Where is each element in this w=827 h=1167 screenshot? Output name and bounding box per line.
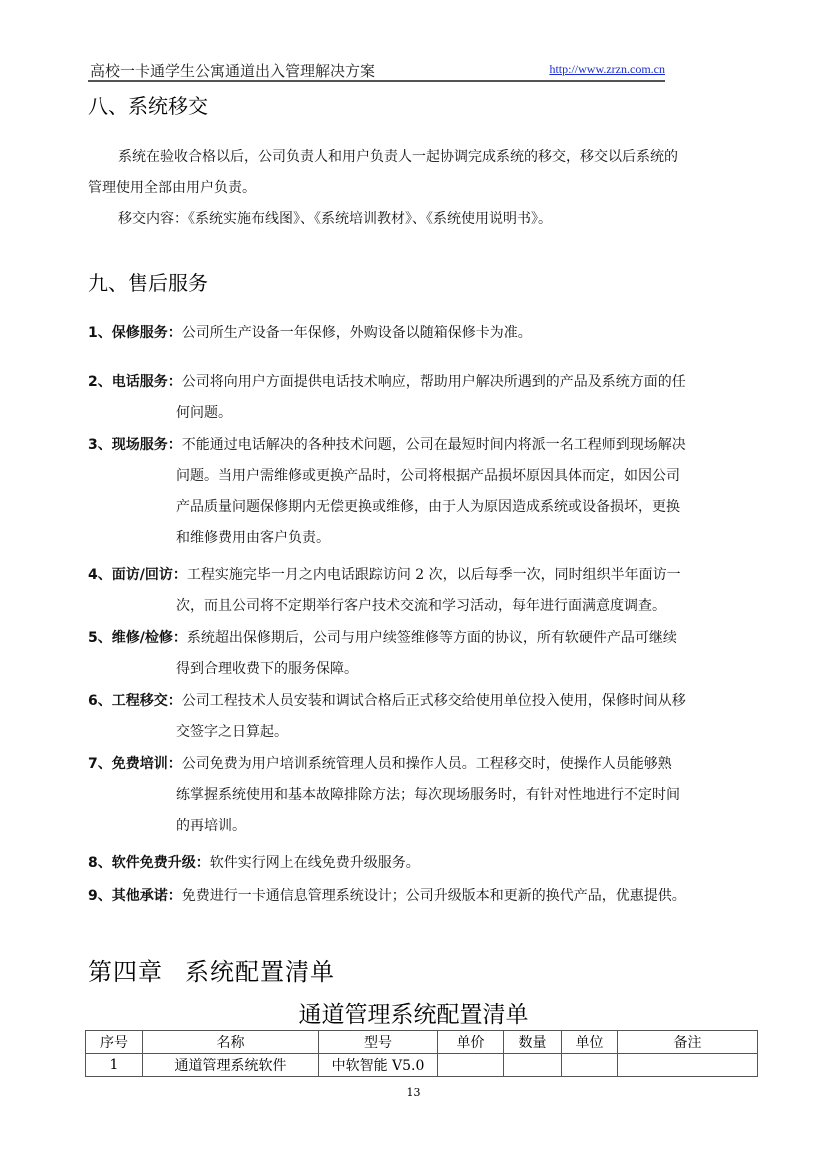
service-item-text: 交签字之日算起。 <box>176 724 288 740</box>
service-item-label: 6、工程移交： <box>88 693 182 709</box>
column-header: 备注 <box>618 1031 758 1054</box>
section-8-paragraph-line-2: 管理使用全部由用户负责。 <box>88 179 256 197</box>
table-cell: 中软智能 V5.0 <box>319 1054 438 1077</box>
service-item-text: 公司工程技术人员安装和调试合格后正式移交给使用单位投入使用，保修时间从移 <box>182 693 686 709</box>
service-item-label: 4、面访/回访： <box>88 567 187 583</box>
table-cell <box>438 1054 504 1077</box>
service-item-label: 2、电话服务： <box>88 374 182 390</box>
page-header: 高校一卡通学生公寓通道出入管理解决方案 http://www.zrzn.com.… <box>88 58 665 82</box>
chapter-heading: 第四章系统配置清单 <box>88 952 335 987</box>
service-item-continuation: 产品质量问题保修期内无偿更换或维修，由于人为原因造成系统或设备损坏，更换 <box>176 496 680 516</box>
service-item-text: 公司将向用户方面提供电话技术响应，帮助用户解决所遇到的产品及系统方面的任 <box>182 374 686 390</box>
service-item-continuation: 练掌握系统使用和基本故障排除方法；每次现场服务时，有针对性地进行不定时间 <box>176 784 680 804</box>
table-cell <box>504 1054 562 1077</box>
column-header: 型号 <box>319 1031 438 1054</box>
service-item-continuation: 得到合理收费下的服务保障。 <box>176 658 358 678</box>
service-item-first-line: 1、保修服务：公司所生产设备一年保修，外购设备以随箱保修卡为准。 <box>88 322 532 342</box>
service-item-text: 的再培训。 <box>176 818 246 834</box>
table-header-row: 序号 名称 型号 单价 数量 单位 备注 <box>86 1031 758 1054</box>
service-item-first-line: 8、软件免费升级：软件实行网上在线免费升级服务。 <box>88 852 420 872</box>
document-title: 高校一卡通学生公寓通道出入管理解决方案 <box>90 60 375 81</box>
column-header: 单价 <box>438 1031 504 1054</box>
config-table: 序号 名称 型号 单价 数量 单位 备注 1 通道管理系统软件 中软智能 V5.… <box>85 1030 758 1077</box>
service-item-label: 3、现场服务： <box>88 437 182 453</box>
service-item-text: 软件实行网上在线免费升级服务。 <box>210 855 420 871</box>
service-item-continuation: 的再培训。 <box>176 815 246 835</box>
service-item-first-line: 9、其他承诺：免费进行一卡通信息管理系统设计；公司升级版本和更新的换代产品，优惠… <box>88 885 686 905</box>
section-8-handover-contents: 移交内容：《系统实施布线图》、《系统培训教材》、《系统使用说明书》。 <box>118 210 552 228</box>
table-cell: 通道管理系统软件 <box>143 1054 319 1077</box>
table-cell <box>562 1054 618 1077</box>
section-8-heading: 八、系统移交 <box>88 90 208 119</box>
service-item-continuation: 问题。当用户需维修或更换产品时，公司将根据产品损坏原因具体而定，如因公司 <box>176 465 680 485</box>
service-item-continuation: 和维修费用由客户负责。 <box>176 527 330 547</box>
website-link[interactable]: http://www.zrzn.com.cn <box>549 62 665 77</box>
service-item-text: 得到合理收费下的服务保障。 <box>176 661 358 677</box>
service-item-text: 系统超出保修期后，公司与用户续签维修等方面的协议，所有软硬件产品可继续 <box>187 630 677 646</box>
service-item-label: 8、软件免费升级： <box>88 855 210 871</box>
service-item-text: 免费进行一卡通信息管理系统设计；公司升级版本和更新的换代产品，优惠提供。 <box>182 888 686 904</box>
section-9-heading: 九、售后服务 <box>88 267 208 296</box>
table-title: 通道管理系统配置清单 <box>0 996 827 1029</box>
service-item-text: 不能通过电话解决的各种技术问题，公司在最短时间内将派一名工程师到现场解决 <box>182 437 686 453</box>
service-item-text: 练掌握系统使用和基本故障排除方法；每次现场服务时，有针对性地进行不定时间 <box>176 787 680 803</box>
service-item-label: 5、维修/检修： <box>88 630 187 646</box>
chapter-label: 第四章 <box>88 958 163 986</box>
service-item-text: 次，而且公司将不定期举行客户技术交流和学习活动，每年进行面满意度调查。 <box>176 598 666 614</box>
service-item-text: 公司所生产设备一年保修，外购设备以随箱保修卡为准。 <box>182 325 532 341</box>
service-item-first-line: 4、面访/回访：工程实施完毕一月之内电话跟踪访问 2 次，以后每季一次，同时组织… <box>88 564 681 584</box>
column-header: 序号 <box>86 1031 143 1054</box>
table-cell: 1 <box>86 1054 143 1077</box>
section-8-paragraph-line-1: 系统在验收合格以后，公司负责人和用户负责人一起协调完成系统的移交，移交以后系统的 <box>118 148 678 166</box>
chapter-title: 系统配置清单 <box>185 958 335 986</box>
table-row: 1 通道管理系统软件 中软智能 V5.0 <box>86 1054 758 1077</box>
service-item-text: 工程实施完毕一月之内电话跟踪访问 2 次，以后每季一次，同时组织半年面访一 <box>187 567 681 583</box>
page-number: 13 <box>0 1086 827 1099</box>
service-item-label: 9、其他承诺： <box>88 888 182 904</box>
service-item-first-line: 6、工程移交：公司工程技术人员安装和调试合格后正式移交给使用单位投入使用，保修时… <box>88 690 686 710</box>
column-header: 数量 <box>504 1031 562 1054</box>
service-item-continuation: 交签字之日算起。 <box>176 721 288 741</box>
table-cell <box>618 1054 758 1077</box>
service-item-text: 何问题。 <box>176 405 232 421</box>
service-item-text: 公司免费为用户培训系统管理人员和操作人员。工程移交时，使操作人员能够熟 <box>182 756 672 772</box>
service-item-text: 产品质量问题保修期内无偿更换或维修，由于人为原因造成系统或设备损坏，更换 <box>176 499 680 515</box>
service-item-first-line: 3、现场服务：不能通过电话解决的各种技术问题，公司在最短时间内将派一名工程师到现… <box>88 434 686 454</box>
service-item-text: 问题。当用户需维修或更换产品时，公司将根据产品损坏原因具体而定，如因公司 <box>176 468 680 484</box>
service-item-label: 7、免费培训： <box>88 756 182 772</box>
column-header: 名称 <box>143 1031 319 1054</box>
column-header: 单位 <box>562 1031 618 1054</box>
service-item-first-line: 7、免费培训：公司免费为用户培训系统管理人员和操作人员。工程移交时，使操作人员能… <box>88 753 672 773</box>
service-item-first-line: 5、维修/检修：系统超出保修期后，公司与用户续签维修等方面的协议，所有软硬件产品… <box>88 627 677 647</box>
service-item-continuation: 何问题。 <box>176 402 232 422</box>
service-item-label: 1、保修服务： <box>88 325 182 341</box>
service-item-continuation: 次，而且公司将不定期举行客户技术交流和学习活动，每年进行面满意度调查。 <box>176 595 666 615</box>
service-item-first-line: 2、电话服务：公司将向用户方面提供电话技术响应，帮助用户解决所遇到的产品及系统方… <box>88 371 686 391</box>
service-item-text: 和维修费用由客户负责。 <box>176 530 330 546</box>
